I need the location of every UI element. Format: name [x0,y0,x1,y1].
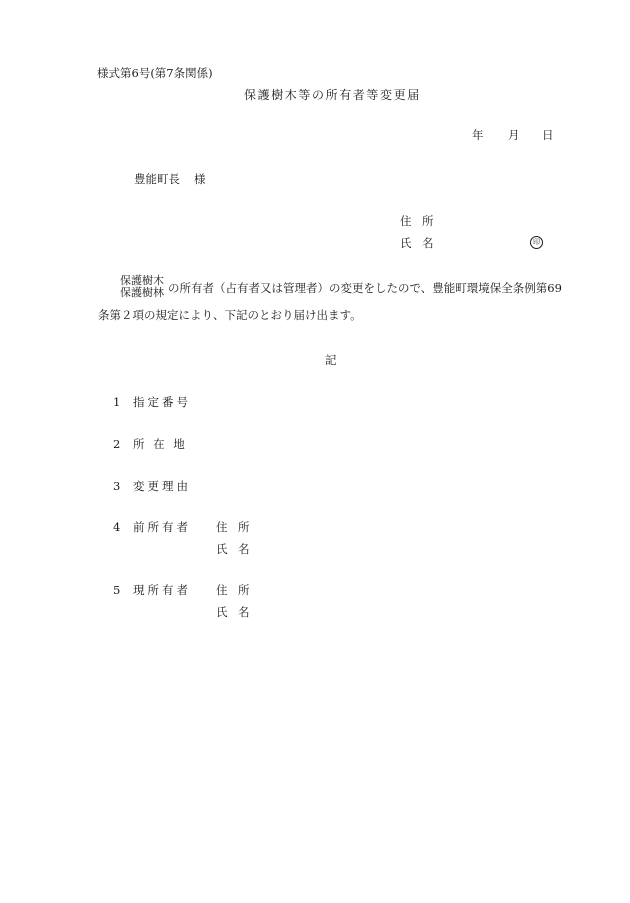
date-month-label: 月 [508,130,542,142]
date-line: 年月日 [472,130,554,142]
tree-type-options: 保護樹木 保護樹林 [120,275,164,299]
label-char: 氏 [400,238,412,250]
label-char: 氏 [216,607,228,619]
applicant-name-label: 氏名 [400,238,434,250]
addressee-name: 豊能町長 [134,172,180,186]
applicant-address-label: 住所 [400,216,434,228]
option-protected-forest: 保護樹林 [120,287,164,299]
label-char: 住 [216,522,228,534]
label-char: 名 [422,238,434,250]
body-text-line-2: 条第２項の規定により、下記のとおり届け出ます。 [98,310,362,322]
label-char: 住 [216,585,228,597]
label-char: 氏 [216,544,228,556]
item-number: 5 [113,585,120,597]
seal-icon: 印 [530,236,543,249]
item-number: 3 [113,481,120,493]
date-day-label: 日 [542,130,554,142]
item-number: 1 [113,397,120,409]
item-label-designation-number: 指定番号 [133,397,191,409]
item-number: 2 [113,439,120,451]
form-number: 様式第6号(第7条関係) [97,68,213,80]
label-char: 所 [238,585,250,597]
label-char: 所 [422,216,434,228]
date-year-label: 年 [472,130,508,142]
current-owner-name-label: 氏名 [216,607,250,619]
addressee-honorific: 様 [194,172,206,186]
item-label-location: 所 在 地 [133,439,187,451]
item-label-previous-owner: 前所有者 [133,522,191,534]
body-text-line-1: の所有者（占有者又は管理者）の変更をしたので、豊能町環境保全条例第69 [168,283,562,295]
previous-owner-address-label: 住所 [216,522,250,534]
document-title: 保護樹木等の所有者等変更届 [244,89,421,101]
ki-heading: 記 [325,355,337,367]
addressee: 豊能町長様 [134,174,206,186]
label-char: 名 [238,544,250,556]
label-char: 住 [400,216,412,228]
label-char: 所 [238,522,250,534]
item-label-change-reason: 変更理由 [133,481,191,493]
label-char: 名 [238,607,250,619]
current-owner-address-label: 住所 [216,585,250,597]
previous-owner-name-label: 氏名 [216,544,250,556]
item-label-current-owner: 現所有者 [133,585,191,597]
item-number: 4 [113,522,120,534]
